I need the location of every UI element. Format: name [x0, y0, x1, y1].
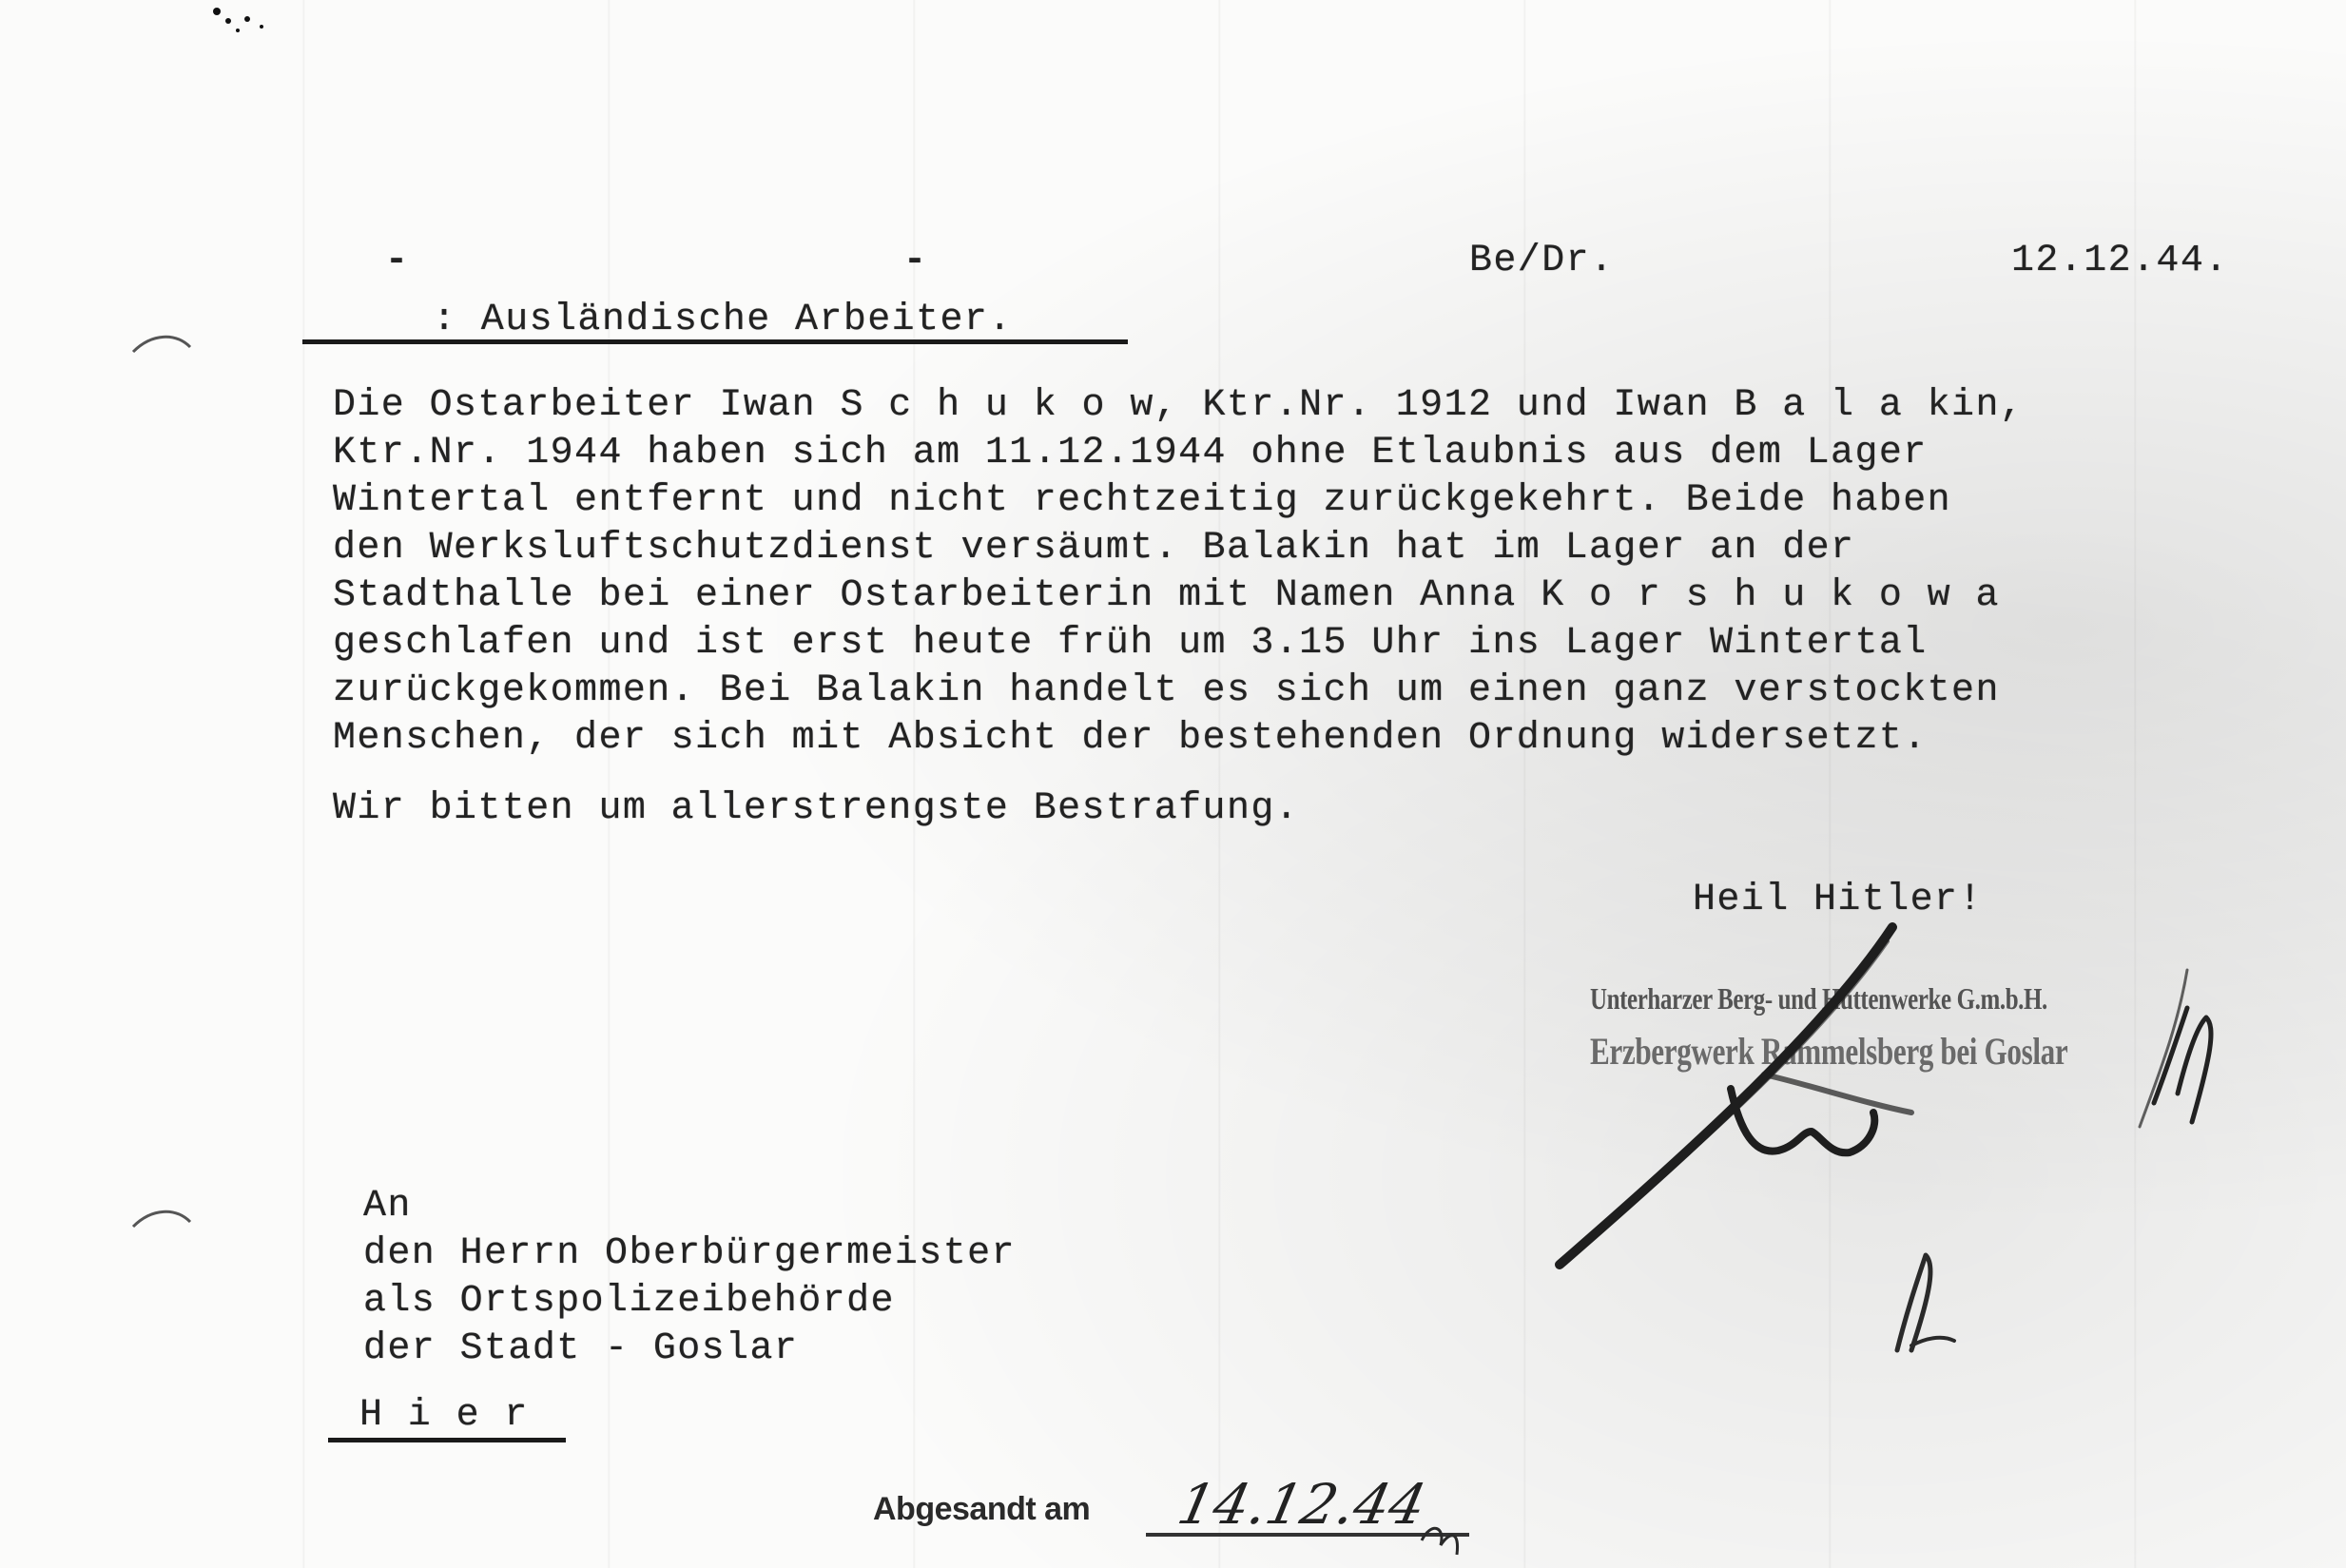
paper-background	[0, 0, 2346, 1568]
body-line: geschlafen und ist erst heute früh um 3.…	[333, 620, 1928, 668]
subject-line: : Ausländische Arbeiter.	[433, 297, 1013, 344]
body-line: Wintertal entfernt und nicht rechtzeitig…	[333, 477, 1951, 525]
recipient-location: H i e r	[359, 1392, 529, 1440]
header-dash-1: -	[385, 238, 409, 285]
body-line: Stadthalle bei einer Ostarbeiterin mit N…	[333, 572, 2000, 620]
location-underline	[328, 1438, 566, 1442]
recipient-line: An	[363, 1183, 412, 1230]
body-line: Menschen, der sich mit Absicht der beste…	[333, 715, 1928, 763]
header-dash-2: -	[903, 238, 927, 285]
closing-salutation: Heil Hitler!	[1693, 877, 1983, 924]
dispatch-handwritten-date: 14.12.44	[1173, 1472, 1432, 1537]
body-line: Die Ostarbeiter Iwan S c h u k o w, Ktr.…	[333, 382, 2024, 430]
recipient-line: als Ortspolizeibehörde	[363, 1278, 895, 1326]
recipient-line: den Herrn Oberbürgermeister	[363, 1230, 1016, 1278]
reference-code: Be/Dr.	[1469, 238, 1614, 285]
body-line: Ktr.Nr. 1944 haben sich am 11.12.1944 oh…	[333, 430, 1928, 477]
recipient-line: der Stadt - Goslar	[363, 1326, 798, 1373]
subject-underline	[302, 339, 1128, 344]
body-line: zurückgekommen. Bei Balakin handelt es s…	[333, 668, 2000, 715]
company-stamp-line-2: Erzbergwerk Rammelsberg bei Goslar	[1590, 1029, 2067, 1074]
body-line: den Werksluftschutzdienst versäumt. Bala…	[333, 525, 1854, 572]
request-line: Wir bitten um allerstrengste Bestrafung.	[333, 785, 1299, 833]
dispatch-stamp-label: Abgesandt am	[873, 1491, 1090, 1528]
company-stamp-line-1: Unterharzer Berg- und Hüttenwerke G.m.b.…	[1590, 981, 2047, 1016]
letter-date: 12.12.44.	[2011, 238, 2229, 285]
